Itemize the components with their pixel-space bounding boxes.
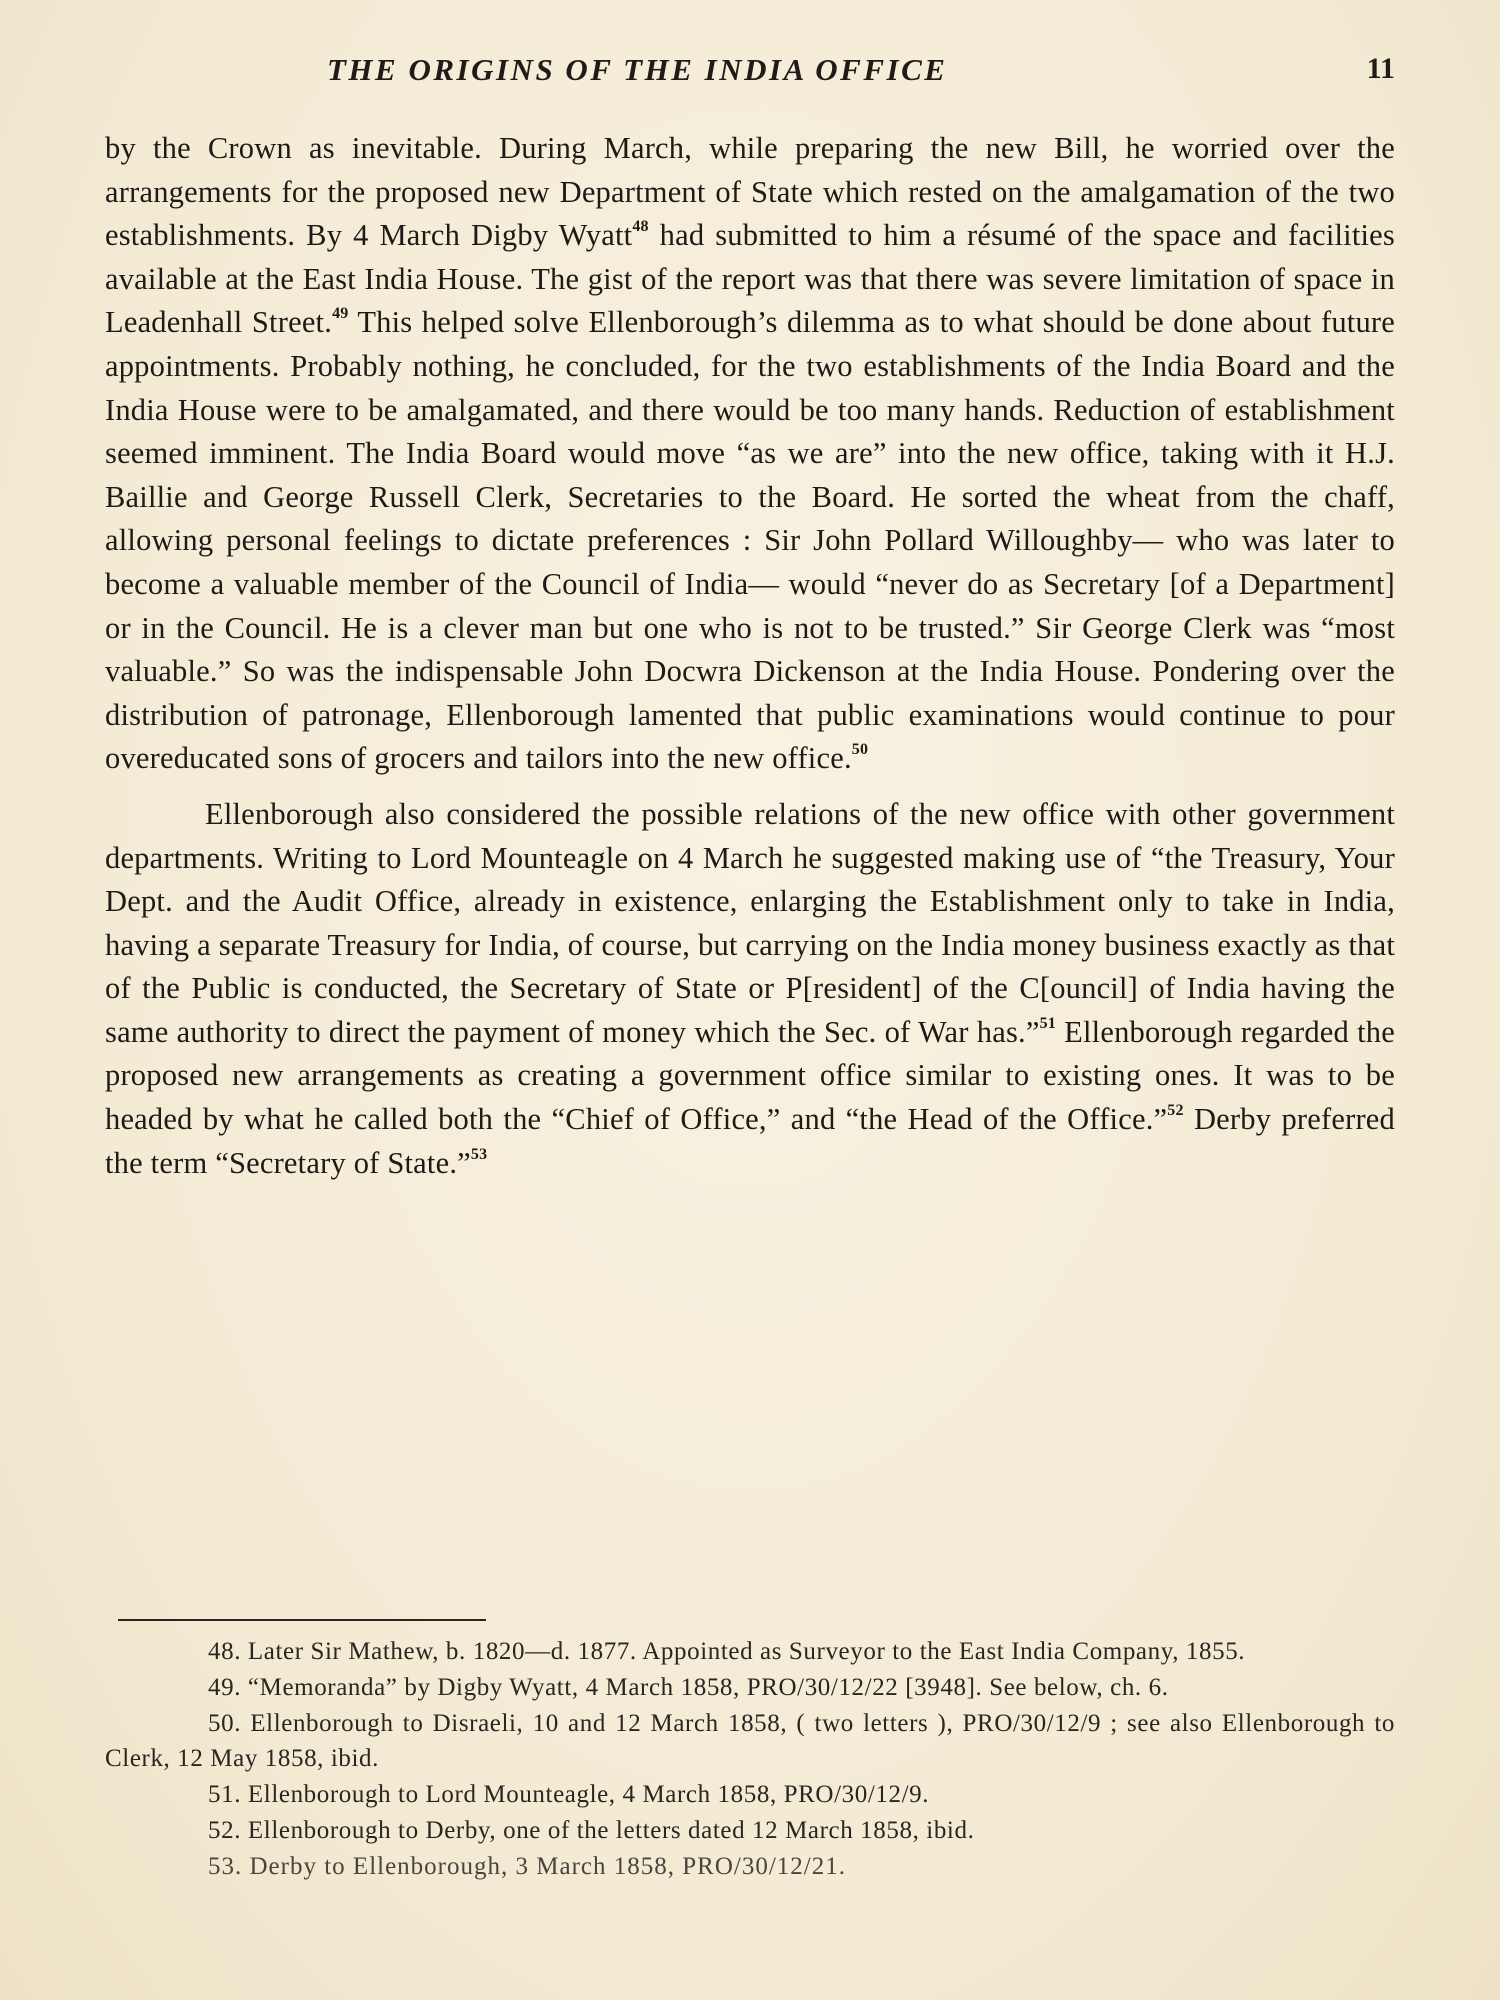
footnote-number: 51. [208,1781,241,1808]
paragraph-2: Ellenborough also considered the possibl… [105,793,1395,1185]
footnote-48: 48. Later Sir Mathew, b. 1820—d. 1877. A… [105,1634,1395,1670]
footnote-number: 52. [208,1817,241,1844]
footnote-text: Ellenborough to Lord Mounteagle, 4 March… [248,1781,929,1808]
footnote-ref-53[interactable]: 53 [471,1146,487,1163]
body-text: by the Crown as inevitable. During March… [105,127,1395,1185]
footnote-text: Later Sir Mathew, b. 1820—d. 1877. Appoi… [248,1638,1245,1665]
footnote-ref-50[interactable]: 50 [852,741,868,758]
footnotes: 48. Later Sir Mathew, b. 1820—d. 1877. A… [105,1634,1395,1885]
paragraph-1: by the Crown as inevitable. During March… [105,127,1395,781]
footnote-49: 49. “Memoranda” by Digby Wyatt, 4 March … [105,1670,1395,1706]
footnote-text: Ellenborough to Disraeli, 10 and 12 Marc… [105,1710,1395,1773]
footnote-number: 53. [208,1853,242,1880]
footnote-52: 52. Ellenborough to Derby, one of the le… [105,1813,1395,1849]
running-title: THE ORIGINS OF THE INDIA OFFICE [327,52,947,88]
footnote-50: 50. Ellenborough to Disraeli, 10 and 12 … [105,1706,1395,1778]
footnote-divider [118,1619,486,1621]
paragraph-text: Ellenborough also considered the possibl… [105,797,1395,1049]
footnote-ref-51[interactable]: 51 [1040,1015,1056,1032]
footnote-number: 48. [208,1638,241,1665]
footnote-number: 50. [208,1710,241,1737]
footnote-ref-48[interactable]: 48 [632,218,648,235]
footnote-53: 53. Derby to Ellenborough, 3 March 1858,… [105,1849,1395,1885]
footnote-text: Ellenborough to Derby, one of the letter… [248,1817,975,1844]
footnote-51: 51. Ellenborough to Lord Mounteagle, 4 M… [105,1777,1395,1813]
running-head: THE ORIGINS OF THE INDIA OFFICE 11 [105,52,1395,102]
footnote-ref-52[interactable]: 52 [1167,1102,1183,1119]
paragraph-text: This helped solve Ellenborough’s dilemma… [105,305,1395,775]
footnote-text: Derby to Ellenborough, 3 March 1858, PRO… [250,1853,846,1880]
footnote-number: 49. [208,1674,241,1701]
footnote-ref-49[interactable]: 49 [332,305,348,322]
page-number: 11 [1367,52,1395,86]
footnote-text: “Memoranda” by Digby Wyatt, 4 March 1858… [248,1674,1169,1701]
